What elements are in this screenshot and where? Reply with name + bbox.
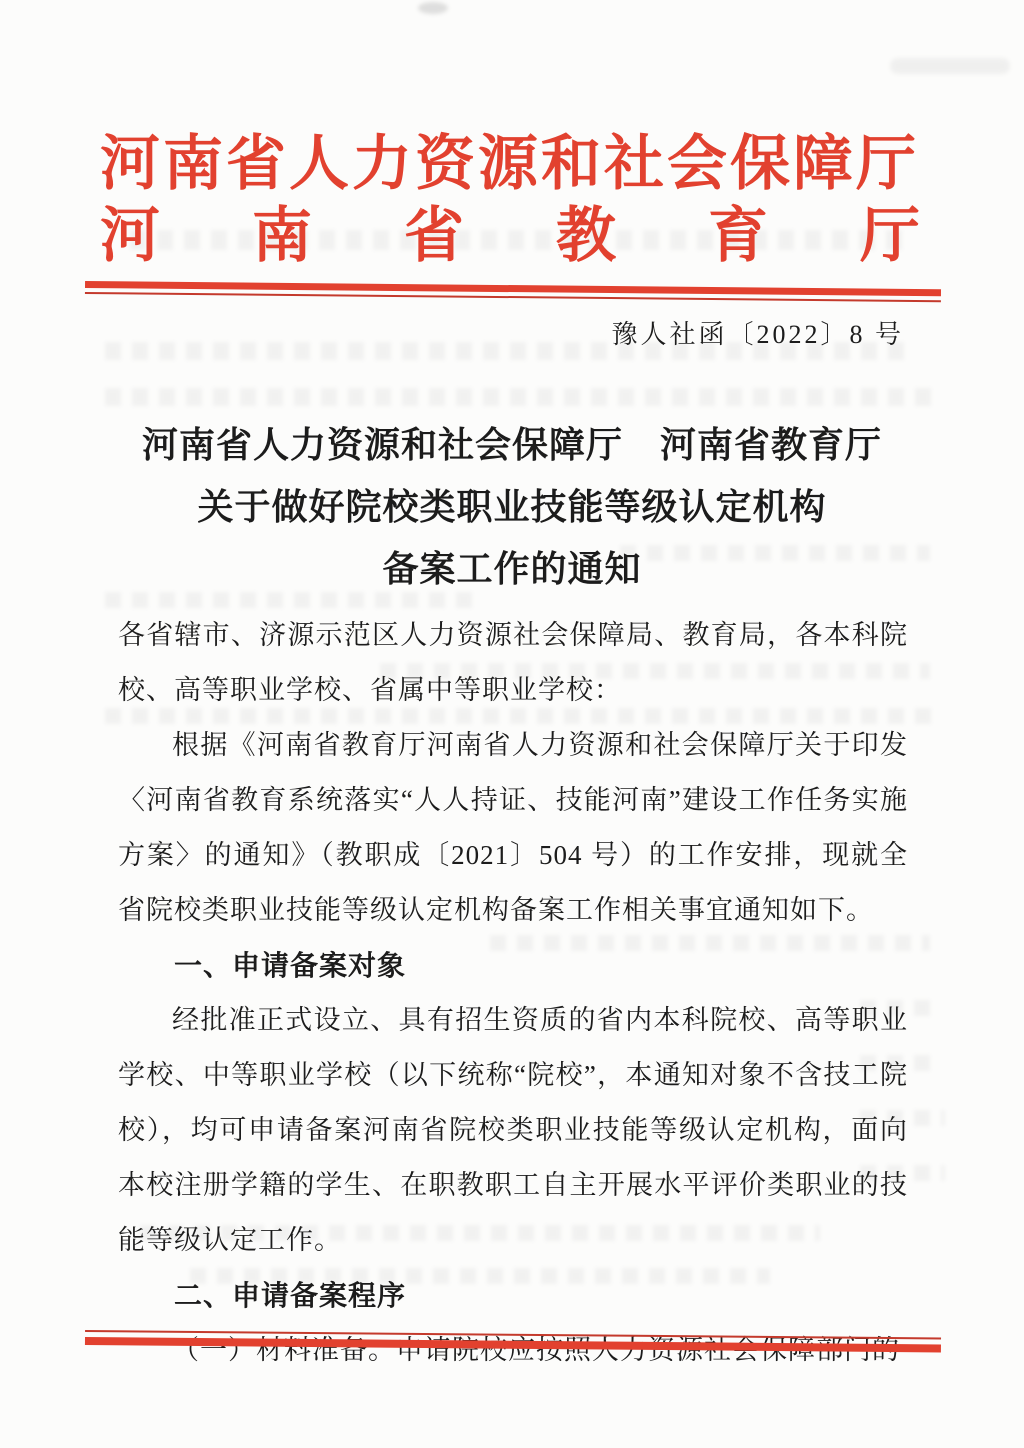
scan-speck [890,58,1010,74]
letterhead-separator-line [85,281,941,302]
document-body: 各省辖市、济源示范区人力资源社会保障局、教育局，各本科院校、高等职业学校、省属中… [118,608,908,1378]
section-1-paragraph: 经批准正式设立、具有招生资质的省内本科院校、高等职业学校、中等职业学校（以下统称… [118,993,908,1268]
section-1-heading: 一、申请备案对象 [118,938,908,993]
letterhead-org-line-2: 河南省教育厅 [100,206,1014,266]
document-title: 河南省人力资源和社会保障厅 河南省教育厅 关于做好院校类职业技能等级认定机构 备… [0,414,1024,600]
letterhead-org-line-1: 河南省人力资源和社会保障厅 [100,134,922,194]
scanned-document-page: 河南省人力资源和社会保障厅 河南省教育厅 豫人社函〔2022〕8 号 河南省人力… [0,0,1024,1448]
document-number: 豫人社函〔2022〕8 号 [611,314,904,351]
section-2-heading: 二、申请备案程序 [118,1268,908,1323]
recipients-line: 各省辖市、济源示范区人力资源社会保障局、教育局，各本科院校、高等职业学校、省属中… [118,608,908,718]
title-line-1: 河南省人力资源和社会保障厅 河南省教育厅 [0,414,1024,476]
scan-speck [418,2,448,14]
bleed-through-artifact [105,388,935,406]
title-line-2: 关于做好院校类职业技能等级认定机构 [0,476,1024,538]
title-line-3: 备案工作的通知 [0,538,1024,600]
basis-paragraph: 根据《河南省教育厅河南省人力资源和社会保障厅关于印发〈河南省教育系统落实“人人持… [118,718,908,938]
letterhead: 河南省人力资源和社会保障厅 河南省教育厅 [100,134,922,266]
